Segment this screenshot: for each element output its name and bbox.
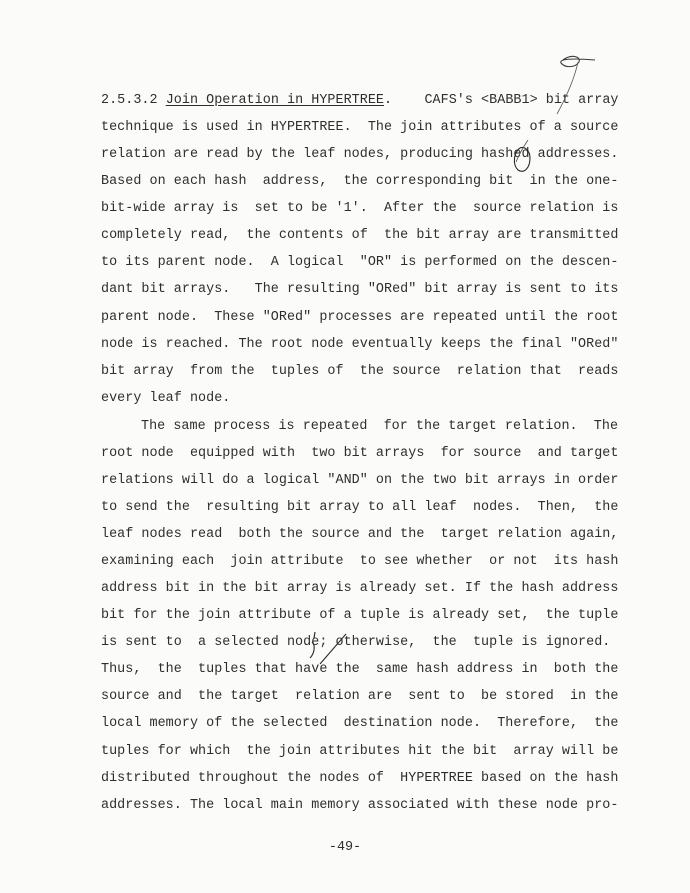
text-line: examining each join attribute to see whe… [101, 554, 621, 570]
text-line: addresses. The local main memory associa… [101, 798, 621, 814]
text-line: to send the resulting bit array to all l… [101, 500, 621, 516]
text-line: is sent to a selected node; otherwise, t… [101, 635, 621, 651]
page-number: -49- [0, 840, 690, 855]
text-line: relation are read by the leaf nodes, pro… [101, 147, 621, 163]
section-heading-line: 2.5.3.2 Join Operation in HYPERTREE. CAF… [101, 93, 621, 109]
document-page: 2.5.3.2 Join Operation in HYPERTREE. CAF… [0, 0, 690, 893]
text-line: bit array from the tuples of the source … [101, 364, 621, 380]
text-line: every leaf node. [101, 391, 621, 407]
text-line: dant bit arrays. The resulting "ORed" bi… [101, 282, 621, 298]
section-number: 2.5.3.2 [101, 93, 158, 108]
text-line: root node equipped with two bit arrays f… [101, 446, 621, 462]
text-line: The same process is repeated for the tar… [141, 419, 621, 435]
section-title: Join Operation in HYPERTREE [166, 93, 384, 108]
handwritten-page-mark-icon [545, 48, 605, 123]
text-line: tuples for which the join attributes hit… [101, 744, 621, 760]
text-line: Based on each hash address, the correspo… [101, 174, 621, 190]
text-line: Thus, the tuples that have the same hash… [101, 662, 621, 678]
text-line: bit for the join attribute of a tuple is… [101, 608, 621, 624]
text-line: parent node. These "ORed" processes are … [101, 310, 621, 326]
text-line: to its parent node. A logical "OR" is pe… [101, 255, 621, 271]
text-line: distributed throughout the nodes of HYPE… [101, 771, 621, 787]
text-line: completely read, the contents of the bit… [101, 228, 621, 244]
heading-line-rest: . CAFS's <BABB1> bit array [384, 93, 619, 108]
text-line: local memory of the selected destination… [101, 716, 621, 732]
text-line: relations will do a logical "AND" on the… [101, 473, 621, 489]
text-line: node is reached. The root node eventuall… [101, 337, 621, 353]
text-line: address bit in the bit array is already … [101, 581, 621, 597]
text-line: bit-wide array is set to be '1'. After t… [101, 201, 621, 217]
text-line: source and the target relation are sent … [101, 689, 621, 705]
text-line: leaf nodes read both the source and the … [101, 527, 621, 543]
text-line: technique is used in HYPERTREE. The join… [101, 120, 621, 136]
